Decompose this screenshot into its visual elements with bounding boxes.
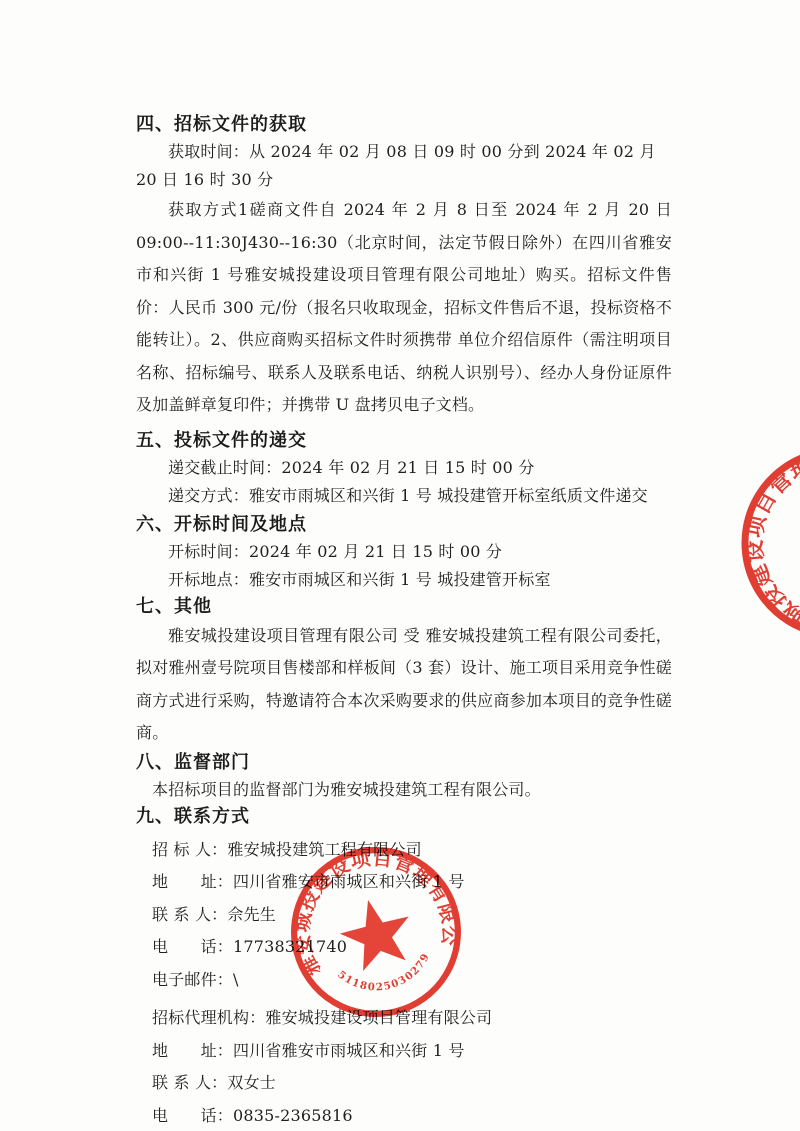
section-6-heading: 六、开标时间及地点 <box>136 512 672 538</box>
contact-value: 雅安城投建筑工程有限公司 <box>227 834 421 867</box>
section-6-open-time: 开标时间：2024 年 02 月 21 日 15 时 00 分 <box>136 538 672 566</box>
contact-value: 佘先生 <box>227 899 276 932</box>
contact-value: 双女士 <box>227 1067 276 1100</box>
section-4-obtain-method: 获取方式1磋商文件自 2024 年 2 月 8 日至 2024 年 2 月 20… <box>136 194 672 422</box>
section-7-other-text: 雅安城投建设项目管理有限公司 受 雅安城投建筑工程有限公司委托，拟对雅州壹号院项… <box>136 620 672 750</box>
seal-company-text: 雅安城投建设项目管理有限公司 <box>721 428 800 659</box>
contact-value: 雅安城投建设项目管理有限公司 <box>265 1002 492 1035</box>
section-4-heading: 四、招标文件的获取 <box>136 112 672 138</box>
section-7-heading: 七、其他 <box>136 594 672 620</box>
contact-row-person: 联 系 人： 佘先生 <box>152 899 672 932</box>
agency-row-person: 联 系 人： 双女士 <box>152 1067 672 1100</box>
document-body: 四、招标文件的获取 获取时间：从 2024 年 02 月 08 日 09 时 0… <box>136 112 672 1131</box>
contact-value: \ <box>233 964 239 997</box>
section-5-heading: 五、投标文件的递交 <box>136 428 672 454</box>
contact-label: 电 话： <box>152 931 233 964</box>
agency-row-name: 招标代理机构： 雅安城投建设项目管理有限公司 <box>152 1002 672 1035</box>
section-8-heading: 八、监督部门 <box>136 750 672 776</box>
contact-label: 地 址： <box>152 1035 233 1068</box>
section-4-obtain-time: 获取时间：从 2024 年 02 月 08 日 09 时 00 分到 2024 … <box>136 138 672 194</box>
contact-label: 招标代理机构： <box>152 1002 265 1035</box>
agency-row-address: 地 址： 四川省雅安市雨城区和兴街 1 号 <box>152 1035 672 1068</box>
contact-value: 0835-2365816 <box>233 1100 353 1131</box>
section-5-method: 递交方式：雅安市雨城区和兴街 1 号 城投建管开标室纸质文件递交 <box>136 482 672 510</box>
section-6-open-place: 开标地点：雅安市雨城区和兴街 1 号 城投建管开标室 <box>136 566 672 594</box>
document-page: 四、招标文件的获取 获取时间：从 2024 年 02 月 08 日 09 时 0… <box>0 0 800 1131</box>
section-9-heading: 九、联系方式 <box>136 804 672 830</box>
contact-row-address: 地 址： 四川省雅安市雨城区和兴街 1 号 <box>152 866 672 899</box>
contact-value: 17738321740 <box>233 931 347 964</box>
contact-label: 联 系 人： <box>152 1067 227 1100</box>
contact-value: 四川省雅安市雨城区和兴街 1 号 <box>233 866 465 899</box>
contact-label: 电 话： <box>152 1100 233 1131</box>
contact-row-tenderer: 招 标 人： 雅安城投建筑工程有限公司 <box>152 834 672 867</box>
seal-ring <box>730 436 800 649</box>
contact-label: 联 系 人： <box>152 899 227 932</box>
contact-row-email: 电子邮件： \ <box>152 964 672 997</box>
agency-contact-block: 招标代理机构： 雅安城投建设项目管理有限公司 地 址： 四川省雅安市雨城区和兴街… <box>136 1002 672 1131</box>
contact-label: 电子邮件： <box>152 964 233 997</box>
section-8-supervisor-text: 本招标项目的监督部门为雅安城投建筑工程有限公司。 <box>136 776 672 804</box>
star-icon <box>794 497 800 589</box>
section-5-deadline: 递交截止时间：2024 年 02 月 21 日 15 时 00 分 <box>136 454 672 482</box>
contact-row-phone: 电 话： 17738321740 <box>152 931 672 964</box>
agency-row-phone: 电 话： 0835-2365816 <box>152 1100 672 1131</box>
contact-label: 地 址： <box>152 866 233 899</box>
company-seal-stamp-partial: 雅安城投建设项目管理有限公司 5118025030279 <box>721 427 800 659</box>
contact-value: 四川省雅安市雨城区和兴街 1 号 <box>233 1035 465 1068</box>
tenderer-contact-block: 招 标 人： 雅安城投建筑工程有限公司 地 址： 四川省雅安市雨城区和兴街 1 … <box>136 834 672 997</box>
contact-label: 招 标 人： <box>152 834 227 867</box>
